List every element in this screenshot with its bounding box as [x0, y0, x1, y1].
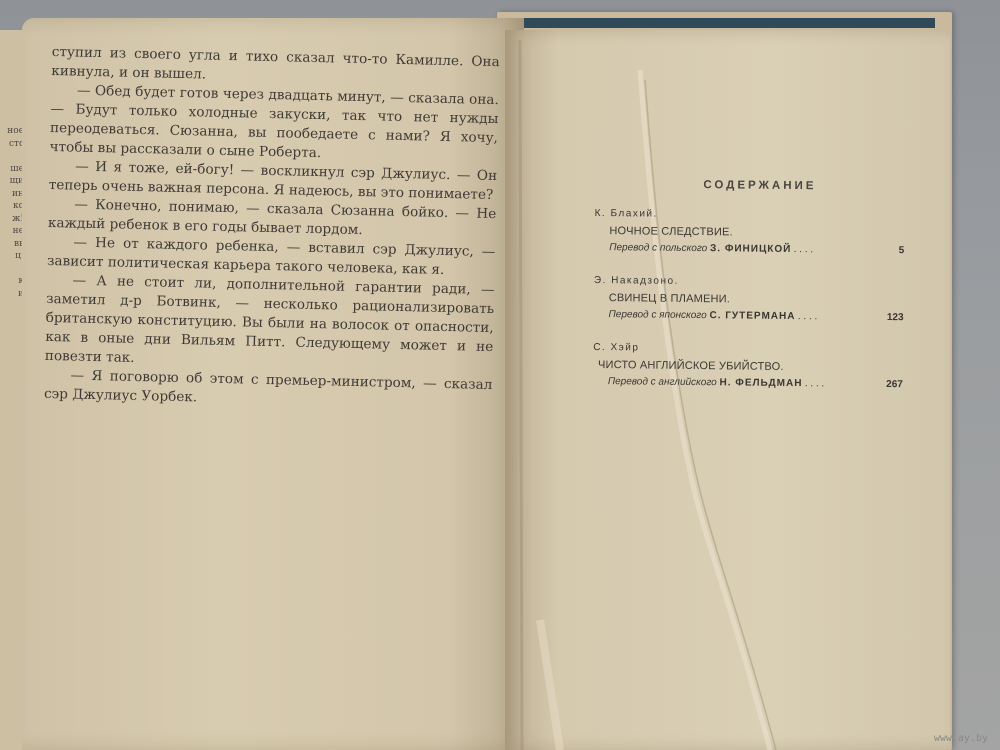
- book-photo: ноестс шещиинкож!невьц: ки ступил из сво…: [0, 0, 1000, 750]
- translator-name: Н. ФЕЛЬДМАН: [719, 377, 802, 389]
- edge-fragment: ж!: [0, 213, 24, 226]
- previous-page-text-fragments: ноестс шещиинкож!невьц: ки: [0, 125, 24, 300]
- toc-work-title: НОЧНОЕ СЛЕДСТВИЕ.: [609, 225, 904, 240]
- edge-fragment: и: [0, 288, 24, 301]
- paragraph: — А не стоит ли, дополнительной гарантии…: [45, 271, 495, 376]
- edge-fragment: ко: [0, 200, 24, 213]
- toc-author: С. Хэйр: [593, 342, 903, 356]
- edge-fragment: стс: [0, 138, 24, 151]
- toc-entry: С. ХэйрЧИСТО АНГЛИЙСКОЕ УБИЙСТВО.Перевод…: [598, 342, 903, 390]
- translation-prefix: Перевод с японского: [609, 309, 707, 321]
- edge-fragment: щи: [0, 175, 24, 188]
- toc-translation-line: Перевод с польского З. ФИНИЦКОЙ . . . .5: [609, 242, 904, 256]
- toc-page-number: 123: [887, 312, 904, 323]
- edge-fragment: ное: [0, 125, 24, 138]
- toc-page-number: 267: [886, 379, 903, 390]
- edge-fragment: ц:: [0, 250, 24, 263]
- watermark: www.ay.by: [934, 733, 988, 744]
- edge-fragment: ин: [0, 188, 24, 201]
- edge-fragment: ше: [0, 163, 24, 176]
- toc-author: К. Блахий.: [595, 208, 905, 222]
- toc-entry: К. Блахий.НОЧНОЕ СЛЕДСТВИЕ.Перевод с пол…: [599, 208, 904, 256]
- toc-translation-line: Перевод с японского С. ГУТЕРМАНА . . . .…: [609, 309, 904, 323]
- leader-dots: . . . .: [798, 311, 818, 322]
- left-page-body-text: ступил из своего угла и тихо сказал что-…: [44, 43, 500, 414]
- edge-fragment: [0, 263, 24, 276]
- edge-fragment: вь: [0, 238, 24, 251]
- edge-fragment: [0, 150, 24, 163]
- leader-dots: . . . .: [805, 378, 825, 389]
- paragraph: — Обед будет готов через двадцать минут,…: [49, 81, 499, 167]
- edge-fragment: к: [0, 275, 24, 288]
- translation-prefix: Перевод с польского: [609, 242, 707, 254]
- toc-entry: Э. Накадзоно.СВИНЕЦ В ПЛАМЕНИ.Перевод с …: [599, 275, 904, 323]
- leader-dots: . . . .: [794, 244, 814, 255]
- translator-name: С. ГУТЕРМАНА: [709, 310, 795, 322]
- toc-work-title: СВИНЕЦ В ПЛАМЕНИ.: [609, 292, 904, 307]
- toc-page-number: 5: [899, 245, 905, 256]
- translation-prefix: Перевод с английского: [608, 376, 717, 388]
- contents-title: СОДЕРЖАНИЕ: [615, 178, 905, 193]
- toc-work-title: ЧИСТО АНГЛИЙСКОЕ УБИЙСТВО.: [598, 359, 903, 374]
- translator-name: З. ФИНИЦКОЙ: [710, 243, 791, 255]
- toc-author: Э. Накадзоно.: [594, 275, 904, 289]
- table-of-contents: СОДЕРЖАНИЕ К. Блахий.НОЧНОЕ СЛЕДСТВИЕ.Пе…: [598, 178, 905, 412]
- toc-translation-line: Перевод с английского Н. ФЕЛЬДМАН . . . …: [608, 376, 903, 390]
- edge-fragment: не: [0, 225, 24, 238]
- cover-spine-strip: [505, 18, 935, 28]
